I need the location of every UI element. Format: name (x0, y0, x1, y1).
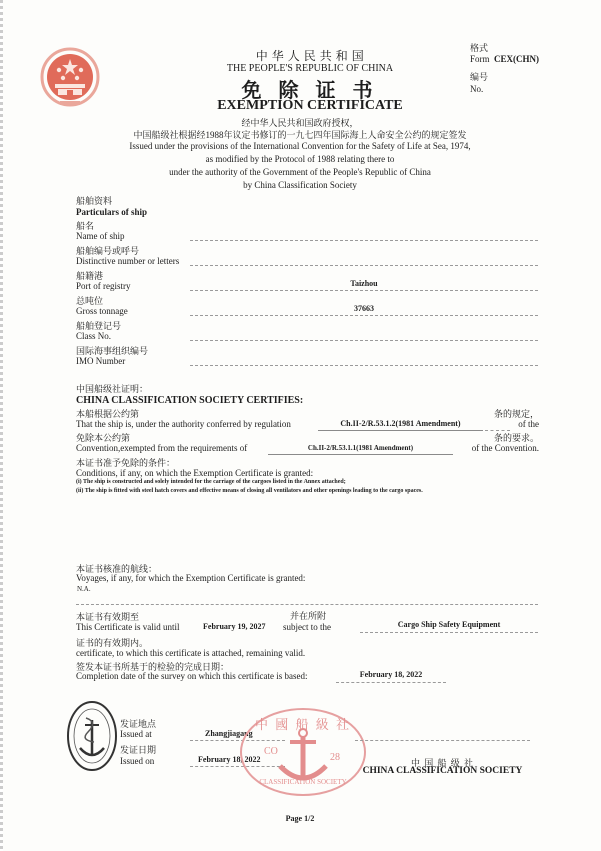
condition-item-1: (i) The ship is constructed and solely i… (76, 479, 346, 485)
preamble-line2: 中国船级社根据经1988年议定书修订的一九七四年国际海上人命安全公约的规定签发 (60, 128, 540, 141)
seal-bottom-text: CLASSIFICATION SOCIETY (253, 778, 353, 786)
field-label-en: IMO Number (76, 356, 125, 366)
voyages-heading-en: Voyages, if any, for which the Exemption… (76, 573, 305, 583)
form-label-zh: 格式 (470, 41, 488, 54)
ccs-anchor-logo-icon (66, 700, 118, 772)
issued-at-en: Issued at (120, 729, 152, 739)
preamble-line3: Issued under the provisions of the Inter… (60, 141, 540, 151)
society-en: CHINA CLASSIFICATION SOCIETY (345, 766, 540, 776)
valid-date: February 19, 2027 (203, 622, 265, 631)
preamble-line4: as modified by the Protocol of 1988 rela… (60, 154, 540, 164)
country-zh: 中 华 人 民 共 和 国 (190, 47, 430, 64)
subject-en: subject to the (283, 622, 331, 632)
reg-en-right: of the (510, 419, 539, 429)
no-label-en: No. (470, 84, 483, 94)
no-label-zh: 编号 (470, 70, 488, 83)
issued-on-zh: 发证日期 (120, 743, 156, 756)
exempt-en-right: of the Convention. (460, 443, 539, 453)
field-label-en: Name of ship (76, 231, 125, 241)
form-label-en: Form (470, 54, 490, 64)
field-underline (190, 265, 538, 266)
field-label-en: Gross tonnage (76, 306, 128, 316)
field-label-en: Class No. (76, 331, 111, 341)
form-value: CEX(CHN) (494, 54, 539, 64)
valid-en: This Certificate is valid until (76, 622, 179, 632)
certifies-heading-zh: 中国船级社证明： (76, 382, 148, 395)
seal-left-text: CO (264, 746, 278, 757)
exempt-value: Ch.II-2/R.53.1.1(1981 Amendment) (268, 444, 453, 452)
completion-date: February 18, 2022 (336, 670, 446, 679)
field-value: Taizhou (190, 279, 538, 288)
particulars-heading-en: Particulars of ship (76, 207, 147, 217)
conditions-heading-en: Conditions, if any, on which the Exempti… (76, 468, 313, 478)
field-label-en: Distinctive number or letters (76, 256, 179, 266)
condition-item-2: (ii) The ship is fitted with steel hatch… (76, 488, 423, 494)
remain-en: certificate, to which this certificate i… (76, 648, 305, 658)
seal-top-text: 中 國 船 級 社 (248, 714, 358, 733)
field-underline (190, 290, 538, 291)
field-underline (190, 340, 538, 341)
subject-zh: 并在所附 (290, 609, 326, 622)
reg-en-left: That the ship is, under the authority co… (76, 419, 291, 429)
field-label-en: Port of registry (76, 281, 131, 291)
scan-edge (0, 0, 3, 851)
exempt-en-left: Convention,exempted from the requirement… (76, 443, 247, 453)
country-en: THE PEOPLE'S REPUBLIC OF CHINA (190, 63, 430, 74)
subject-value: Cargo Ship Safety Equipment (360, 620, 538, 629)
seal-right-text: 28 (330, 752, 340, 763)
voyages-value: N.A. (77, 585, 91, 593)
field-value: 37663 (190, 304, 538, 313)
national-emblem-icon (40, 46, 100, 108)
certifies-heading-en: CHINA CLASSIFICATION SOCIETY CERTIFIES: (76, 395, 303, 406)
field-underline (190, 315, 538, 316)
particulars-heading-zh: 船舶资料 (76, 194, 112, 207)
title-en: EXEMPTION CERTIFICATE (190, 98, 430, 114)
completion-en: Completion date of the survey on which t… (76, 671, 307, 681)
issued-on-en: Issued on (120, 756, 154, 766)
preamble-line5: under the authority of the Government of… (60, 167, 540, 177)
preamble-line6: by China Classification Society (60, 180, 540, 190)
field-underline (190, 365, 538, 366)
field-underline (190, 240, 538, 241)
reg-value: Ch.II-2/R.53.1.2(1981 Amendment) (318, 419, 483, 428)
ccs-seal-stamp: 中 國 船 級 社 CO 28 CLASSIFICATION SOCIETY (238, 706, 368, 798)
page-number: Page 1/2 (260, 814, 340, 823)
